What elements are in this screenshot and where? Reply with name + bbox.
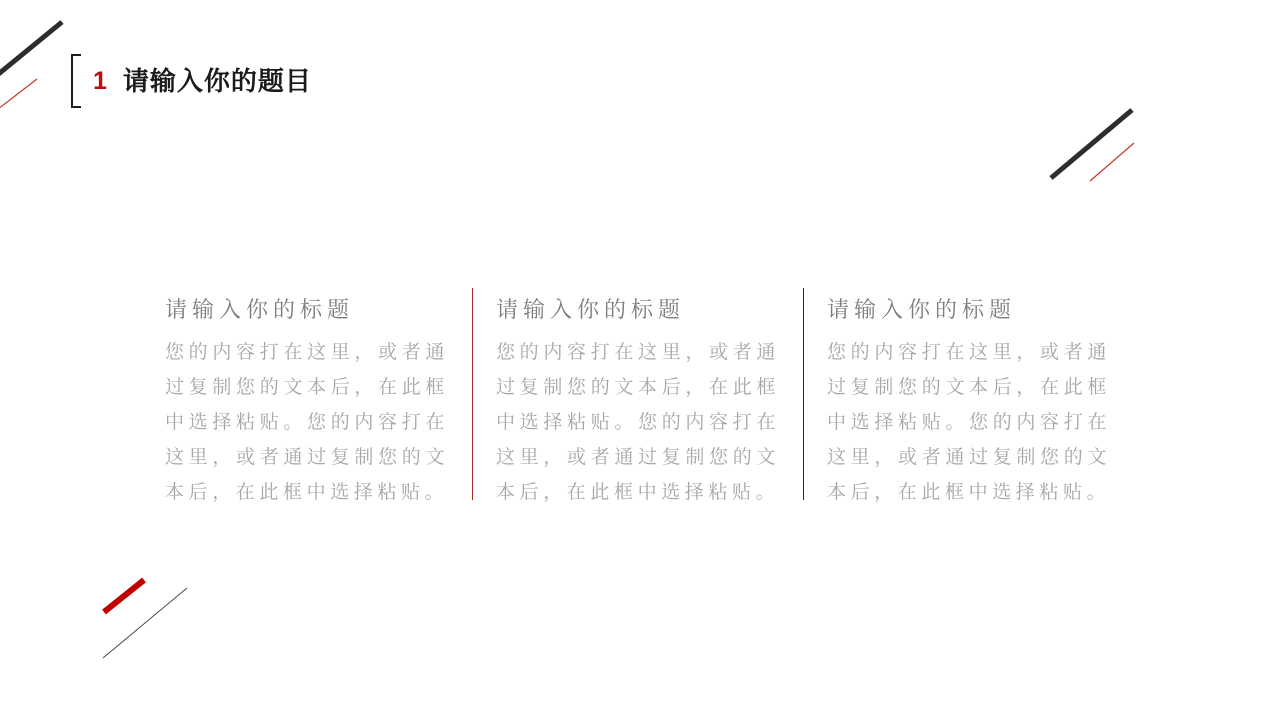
text-column-2: 请输入你的标题 您的内容打在这里，或者通过复制您的文本后，在此框中选择粘贴。您的… [496, 288, 780, 510]
column-3-body-text: 您的内容打在这里，或者通过复制您的文本后，在此框中选择粘贴。您的内容打在这里，或… [827, 335, 1111, 510]
section-header: 1 请输入你的题目 [71, 54, 312, 108]
presentation-slide: 1 请输入你的题目 请输入你的标题 您的内容打在这里，或者通过复制您的文本后，在… [0, 0, 1279, 720]
bottom-left-thin-gray-diagonal-line [103, 588, 187, 658]
bottom-left-thick-red-diagonal-line [104, 580, 144, 612]
bracket-decoration [71, 54, 81, 108]
column-1-body-text: 您的内容打在这里，或者通过复制您的文本后，在此框中选择粘贴。您的内容打在这里，或… [165, 335, 449, 510]
section-number: 1 [93, 69, 107, 94]
top-left-thick-diagonal-line [0, 22, 62, 76]
section-title: 请输入你的题目 [123, 68, 312, 94]
column-2-heading: 请输入你的标题 [496, 296, 780, 323]
vertical-divider-red [472, 288, 473, 500]
column-3-heading: 请输入你的标题 [827, 296, 1111, 323]
text-column-1: 请输入你的标题 您的内容打在这里，或者通过复制您的文本后，在此框中选择粘贴。您的… [165, 288, 449, 510]
top-right-thin-red-diagonal-line [1090, 143, 1134, 181]
text-column-3: 请输入你的标题 您的内容打在这里，或者通过复制您的文本后，在此框中选择粘贴。您的… [827, 288, 1111, 510]
column-1-heading: 请输入你的标题 [165, 296, 449, 323]
top-left-thin-red-diagonal-line [0, 79, 37, 109]
three-column-content: 请输入你的标题 您的内容打在这里，或者通过复制您的文本后，在此框中选择粘贴。您的… [165, 288, 1111, 510]
top-right-thick-diagonal-line [1051, 110, 1132, 178]
vertical-divider-dark [803, 288, 804, 500]
column-2-body-text: 您的内容打在这里，或者通过复制您的文本后，在此框中选择粘贴。您的内容打在这里，或… [496, 335, 780, 510]
